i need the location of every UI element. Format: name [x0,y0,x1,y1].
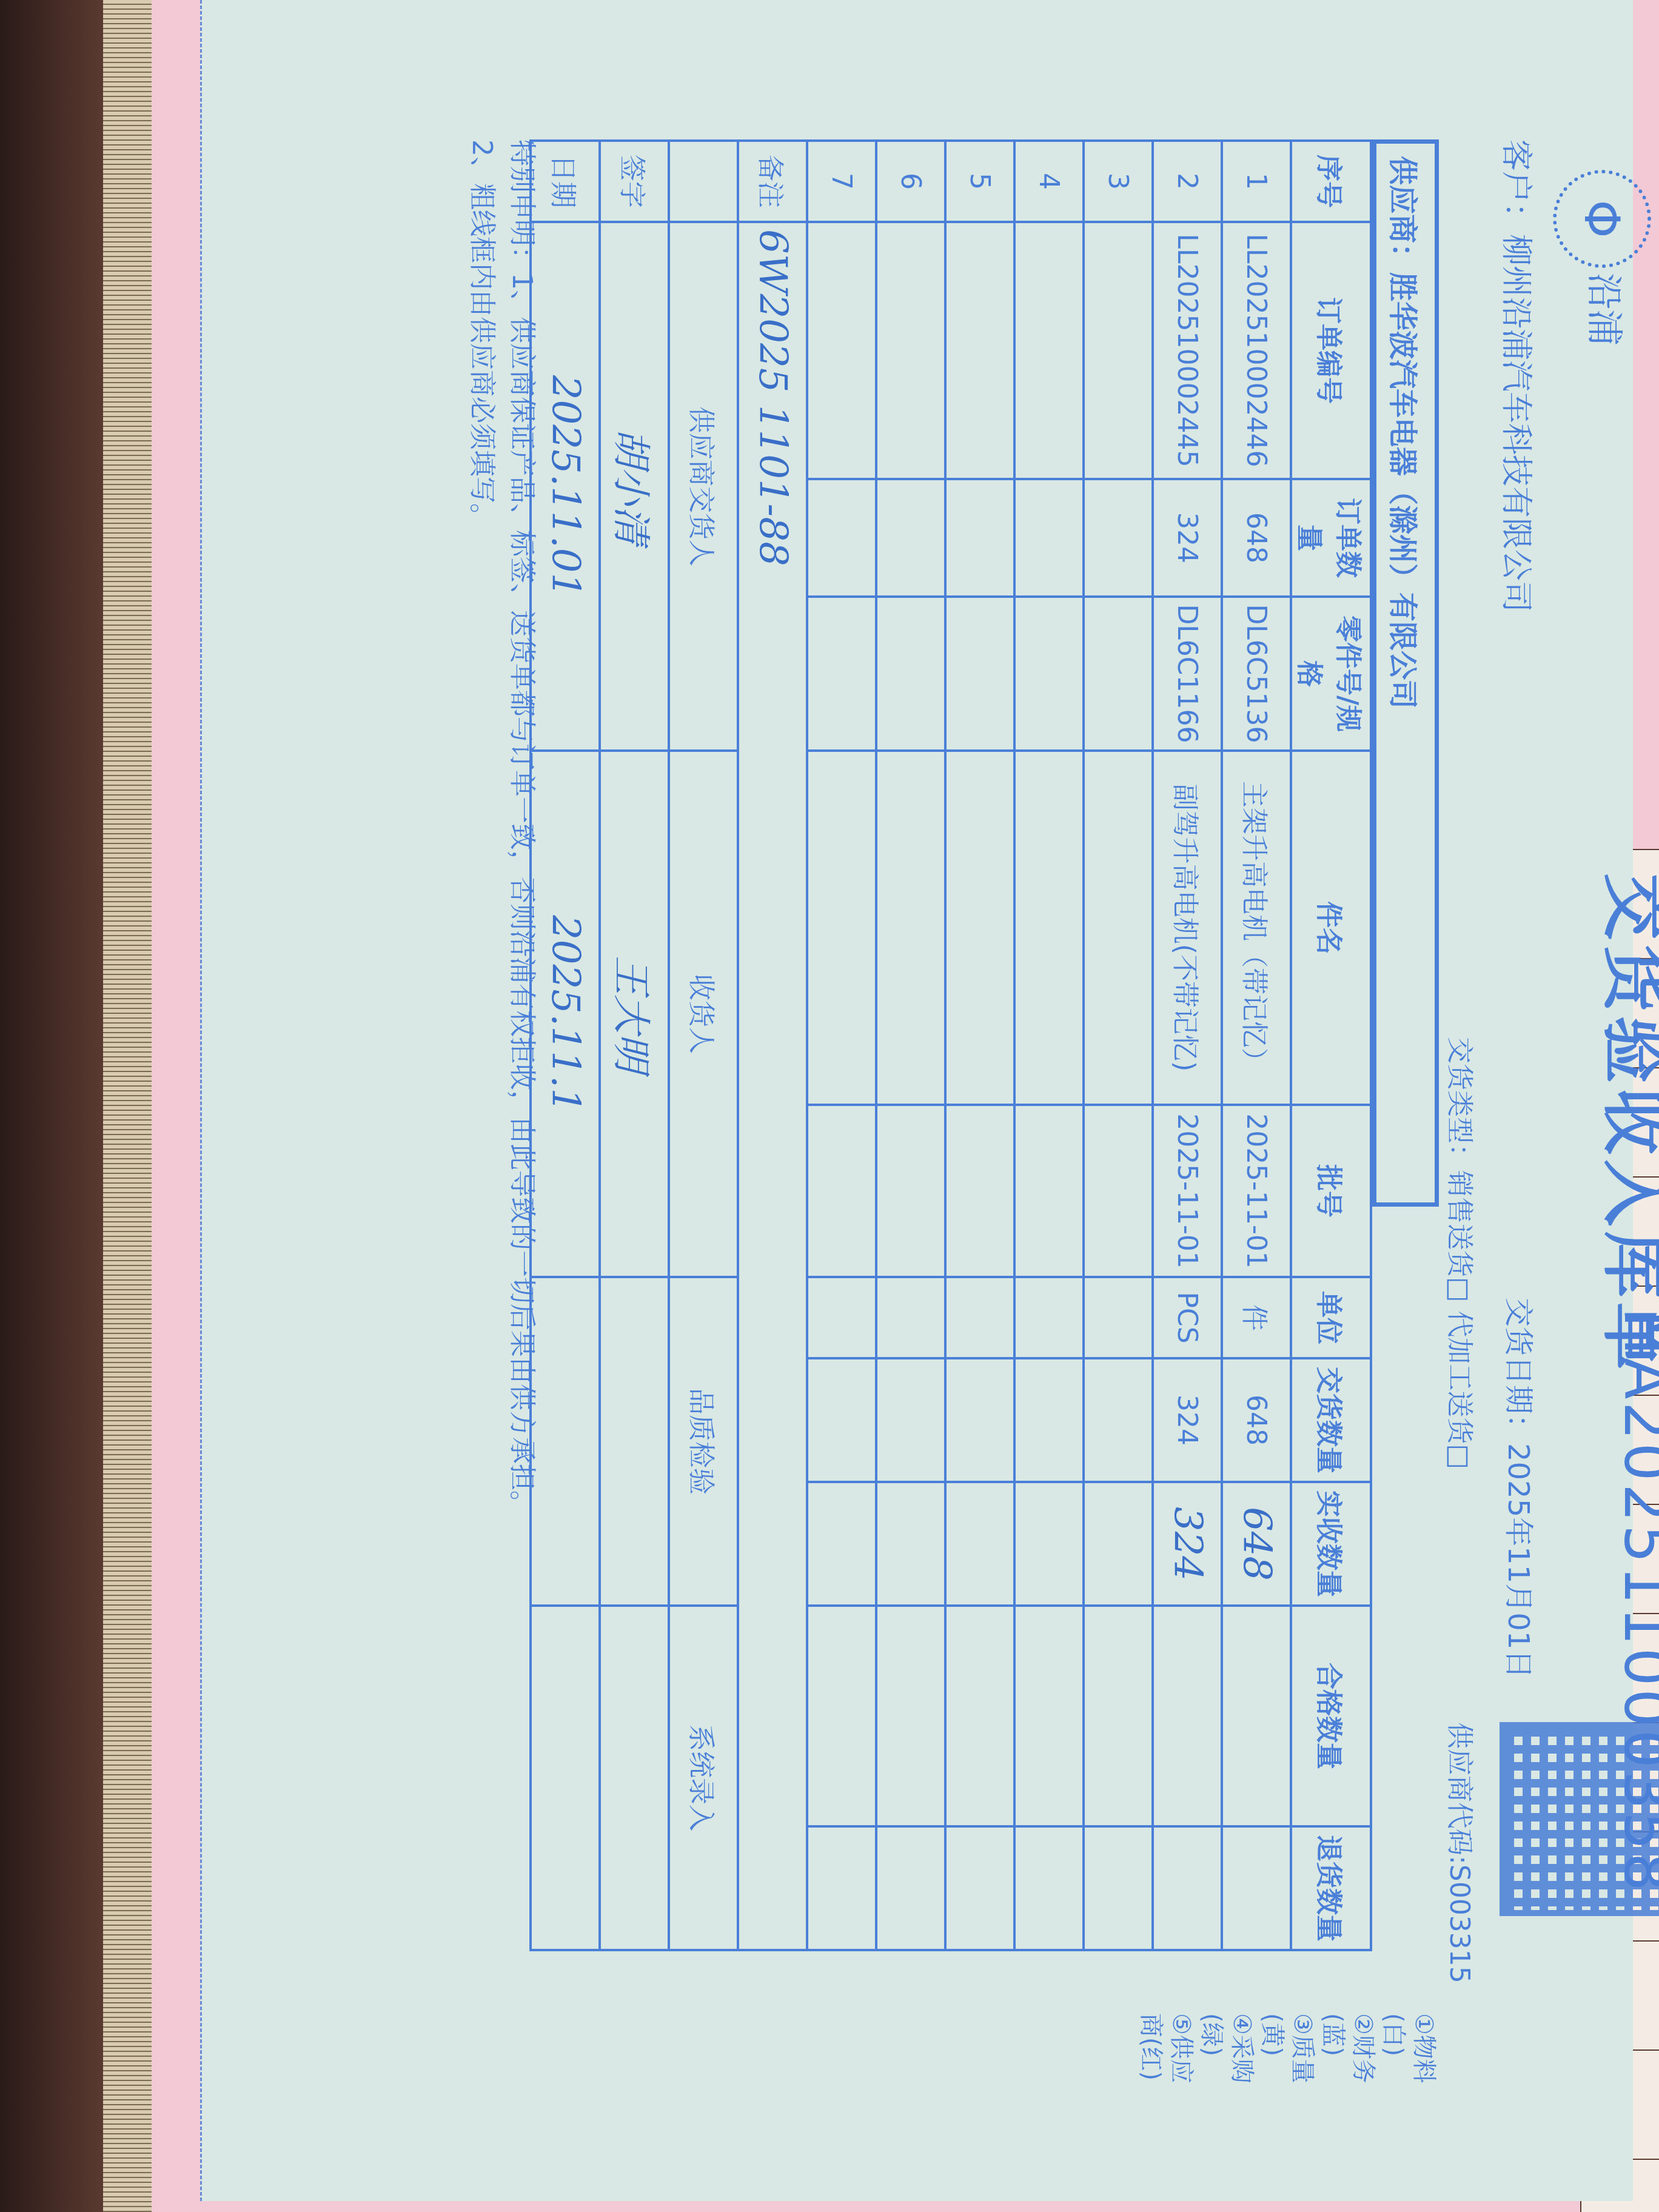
cell-batch: 2025-11-01 [1153,1105,1222,1277]
table-row: 4 [1014,141,1084,1950]
sign-header-system: 系统录入 [669,1606,738,1950]
remark-row: 备注 6W2025 1101-88 [738,141,807,1950]
cell-order: LL202510002446 [1222,222,1291,479]
cell-part: DL6C5136 [1222,597,1291,751]
cell-qty: 324 [1153,1358,1222,1482]
copy-item: ⑤供应商(红) [1136,2013,1196,2086]
col-header: 退货数量 [1291,1826,1371,1950]
delivery-date-label: 交货日期： [1501,1298,1535,1443]
cell-batch: 2025-11-01 [1222,1105,1291,1277]
qr-code-icon [1500,1722,1659,1916]
cell-qualified [1153,1606,1222,1826]
sign-row: 签字 胡小清 王大明 [600,141,669,1950]
table-row: 7 [807,141,876,1950]
col-header: 零件号/规格 [1291,597,1371,751]
receipt-sheet: Φ 沿浦 交货验收入库单 HA202511000358 1135220-3 11… [200,0,1633,2201]
sign-quality [600,1277,669,1606]
logo-text: 沿浦 [1581,273,1633,346]
col-header: 件名 [1291,751,1371,1105]
sign-header-quality: 品质检验 [669,1277,738,1606]
table-row: 1 LL202510002446 648 DL6C5136 主架升高电机（带记忆… [1222,141,1291,1950]
company-logo-icon: Φ [1553,170,1651,268]
cell-unit: PCS [1153,1277,1222,1358]
col-header: 订单编号 [1291,222,1371,479]
date-system [531,1606,600,1950]
delivery-date: 交货日期：2025年11月01日 [1500,1298,1542,1678]
col-header: 订单数量 [1291,479,1371,597]
receipt-document: Φ 沿浦 交货验收入库单 HA202511000358 1135220-3 11… [408,36,1659,2110]
sign-header-row: 供应商交货人 收货人 品质检验 系统录入 [669,141,738,1950]
page-title: 交货验收入库单 [1592,873,1659,1374]
sign-supplier: 胡小清 [600,222,669,751]
cell-received: 324 [1153,1482,1222,1606]
copy-item: ②财务(蓝) [1318,2013,1378,2086]
cell-no: 5 [945,141,1014,222]
customer-line: 客户：柳州沿浦汽车科技有限公司 [1496,139,1542,612]
cell-no: 3 [1084,141,1153,222]
sign-header-receiver: 收货人 [669,751,738,1277]
supplier-box: 供应商：胜华波汽车电器（滁州）有限公司 [1372,139,1439,1207]
note-line-1: 特别申明：1、供应商保证产品、标签、送货单都与订单一致，否则沿浦有权拒收，由此导… [501,139,541,1517]
table-header-row: 序号 订单编号 订单数量 零件号/规格 件名 批号 单位 交货数量 实收数量 合… [1291,141,1371,1950]
customer-name: 柳州沿浦汽车科技有限公司 [1498,234,1534,612]
receipt-table: 序号 订单编号 订单数量 零件号/规格 件名 批号 单位 交货数量 实收数量 合… [529,139,1372,1951]
col-header: 交货数量 [1291,1358,1371,1482]
col-header: 合格数量 [1291,1606,1371,1826]
cell-no: 4 [1014,141,1084,222]
cell-order-qty: 324 [1153,479,1222,597]
cell-name: 副驾升高电机(不带记忆) [1153,751,1222,1105]
cell-part: DL6C1166 [1153,597,1222,751]
cell-order: LL202510002445 [1153,222,1222,479]
col-header: 实收数量 [1291,1482,1371,1606]
cell-returned [1153,1826,1222,1950]
cell-unit: 件 [1222,1277,1291,1358]
delivery-date-value: 2025年11月01日 [1501,1443,1535,1678]
cell-no: 2 [1153,141,1222,222]
special-notes: 特别申明：1、供应商保证产品、标签、送货单都与订单一致，否则沿浦有权拒收，由此导… [461,139,541,1517]
sign-receiver: 王大明 [600,751,669,1277]
cell-no: 6 [876,141,945,222]
col-header: 批号 [1291,1105,1371,1277]
copy-distribution: ①物料(白) ②财务(蓝) ③质量(黄) ④采购(绿) ⑤供应商(红) [1136,2013,1439,2086]
note-line-2: 2、粗线框内由供应商必须填写。 [461,139,501,1517]
table-row: 3 [1084,141,1153,1950]
remark-label: 备注 [738,141,807,222]
remark-value: 6W2025 1101-88 [738,222,807,1950]
sign-system [600,1606,669,1950]
table-row: 5 [945,141,1014,1950]
cell-returned [1222,1826,1291,1950]
cell-qualified [1222,1606,1291,1826]
cell-qty: 648 [1222,1358,1291,1482]
cell-order-qty: 648 [1222,479,1291,597]
copy-item: ④采购(绿) [1196,2013,1257,2086]
col-header: 序号 [1291,141,1371,222]
table-row: 6 [876,141,945,1950]
copy-item: ①物料(白) [1378,2013,1439,2086]
customer-label: 客户： [1498,139,1534,234]
sign-header-supplier: 供应商交货人 [669,222,738,751]
cell-no: 1 [1222,141,1291,222]
supplier-code: 供应商代码:S003315 [1443,1722,1481,1983]
delivery-type: 交货类型：销售送货□ 代加工送货□ [1443,1037,1481,1469]
table-row: 2 LL202510002445 324 DL6C1166 副驾升高电机(不带记… [1153,141,1222,1950]
copy-item: ③质量(黄) [1257,2013,1318,2086]
cell-received: 648 [1222,1482,1291,1606]
background-dark [0,0,103,2212]
col-header: 单位 [1291,1277,1371,1358]
cell-no: 7 [807,141,876,222]
cell-name: 主架升高电机（带记忆） [1222,751,1291,1105]
sign-label: 签字 [600,141,669,222]
